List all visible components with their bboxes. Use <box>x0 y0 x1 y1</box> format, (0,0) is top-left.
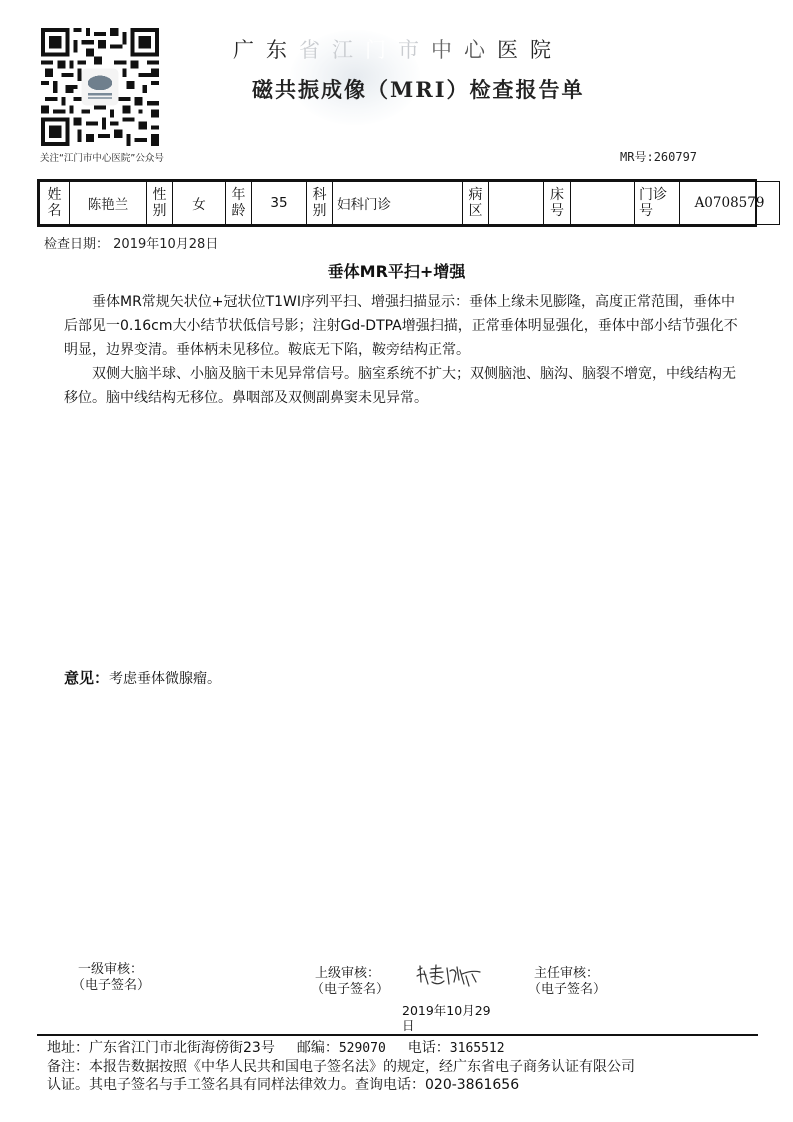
findings: 垂体MR常规矢状位+冠状位T1WI序列平扫、增强扫描显示：垂体上缘未见膨隆，高度… <box>64 290 744 410</box>
level1-review: 一级审核： （电子签名） <box>78 962 150 994</box>
patient-info-table: 姓名 陈艳兰 性别 女 年龄 35 科别 妇科门诊 病区 床号 门诊号 A070… <box>37 179 757 227</box>
name-label: 姓名 <box>40 182 70 225</box>
opinion-text: 考虑垂体微腺瘤。 <box>109 671 221 687</box>
qr-caption: 关注“江门市中心医院”公众号 <box>40 150 164 164</box>
outpatient-label: 门诊号 <box>635 182 680 225</box>
patient-bed <box>571 182 635 225</box>
hospital-name: 广东省江门市中心医院 <box>233 34 563 64</box>
patient-name: 陈艳兰 <box>70 182 147 225</box>
patient-dept: 妇科门诊 <box>333 182 463 225</box>
dept-label: 科别 <box>307 182 333 225</box>
senior-esign: （电子签名） <box>311 982 389 998</box>
findings-paragraph: 垂体MR常规矢状位+冠状位T1WI序列平扫、增强扫描显示：垂体上缘未见膨隆，高度… <box>64 290 744 362</box>
director-review-label: 主任审核： <box>528 966 606 982</box>
patient-age: 35 <box>252 182 307 225</box>
director-review: 主任审核： （电子签名） <box>528 966 606 998</box>
opinion: 意见：考虑垂体微腺瘤。 <box>64 667 221 688</box>
ward-label: 病区 <box>463 182 489 225</box>
exam-title: 垂体MR平扫+增强 <box>0 259 793 282</box>
outpatient-number: A0708579 <box>680 182 780 225</box>
footer: 地址：广东省江门市北街海傍街23号邮编：529070电话：3165512 备注：… <box>47 1039 635 1094</box>
qr-code-icon <box>41 28 159 146</box>
report-title: 磁共振成像（MRI）检查报告单 <box>252 74 585 104</box>
footer-divider <box>37 1034 758 1036</box>
senior-review: 上级审核： （电子签名） <box>311 966 389 998</box>
patient-ward <box>489 182 544 225</box>
director-esign: （电子签名） <box>528 982 606 998</box>
handwritten-signature-icon <box>414 962 484 992</box>
opinion-label: 意见： <box>64 669 109 687</box>
footer-note-line1: 备注：本报告数据按照《中华人民共和国电子签名法》的规定，经广东省电子商务认证有限… <box>47 1058 635 1076</box>
level1-review-label: 一级审核： <box>78 962 150 978</box>
footer-contact: 地址：广东省江门市北街海傍街23号邮编：529070电话：3165512 <box>47 1039 635 1058</box>
exam-date: 检查日期： 2019年10月28日 <box>44 233 218 252</box>
findings-paragraph: 双侧大脑半球、小脑及脑干未见异常信号。脑室系统不扩大；双侧脑池、脑沟、脑裂不增宽… <box>64 362 744 410</box>
mr-number: MR号:260797 <box>620 148 697 165</box>
level1-esign: （电子签名） <box>72 978 150 994</box>
sex-label: 性别 <box>147 182 173 225</box>
age-label: 年龄 <box>226 182 252 225</box>
bed-label: 床号 <box>544 182 571 225</box>
footer-note-line2: 认证。其电子签名与手工签名具有同样法律效力。查询电话：020-3861656 <box>47 1076 635 1094</box>
patient-sex: 女 <box>173 182 226 225</box>
sign-date: 2019年10月29日 <box>402 1003 497 1033</box>
senior-review-label: 上级审核： <box>311 966 389 982</box>
